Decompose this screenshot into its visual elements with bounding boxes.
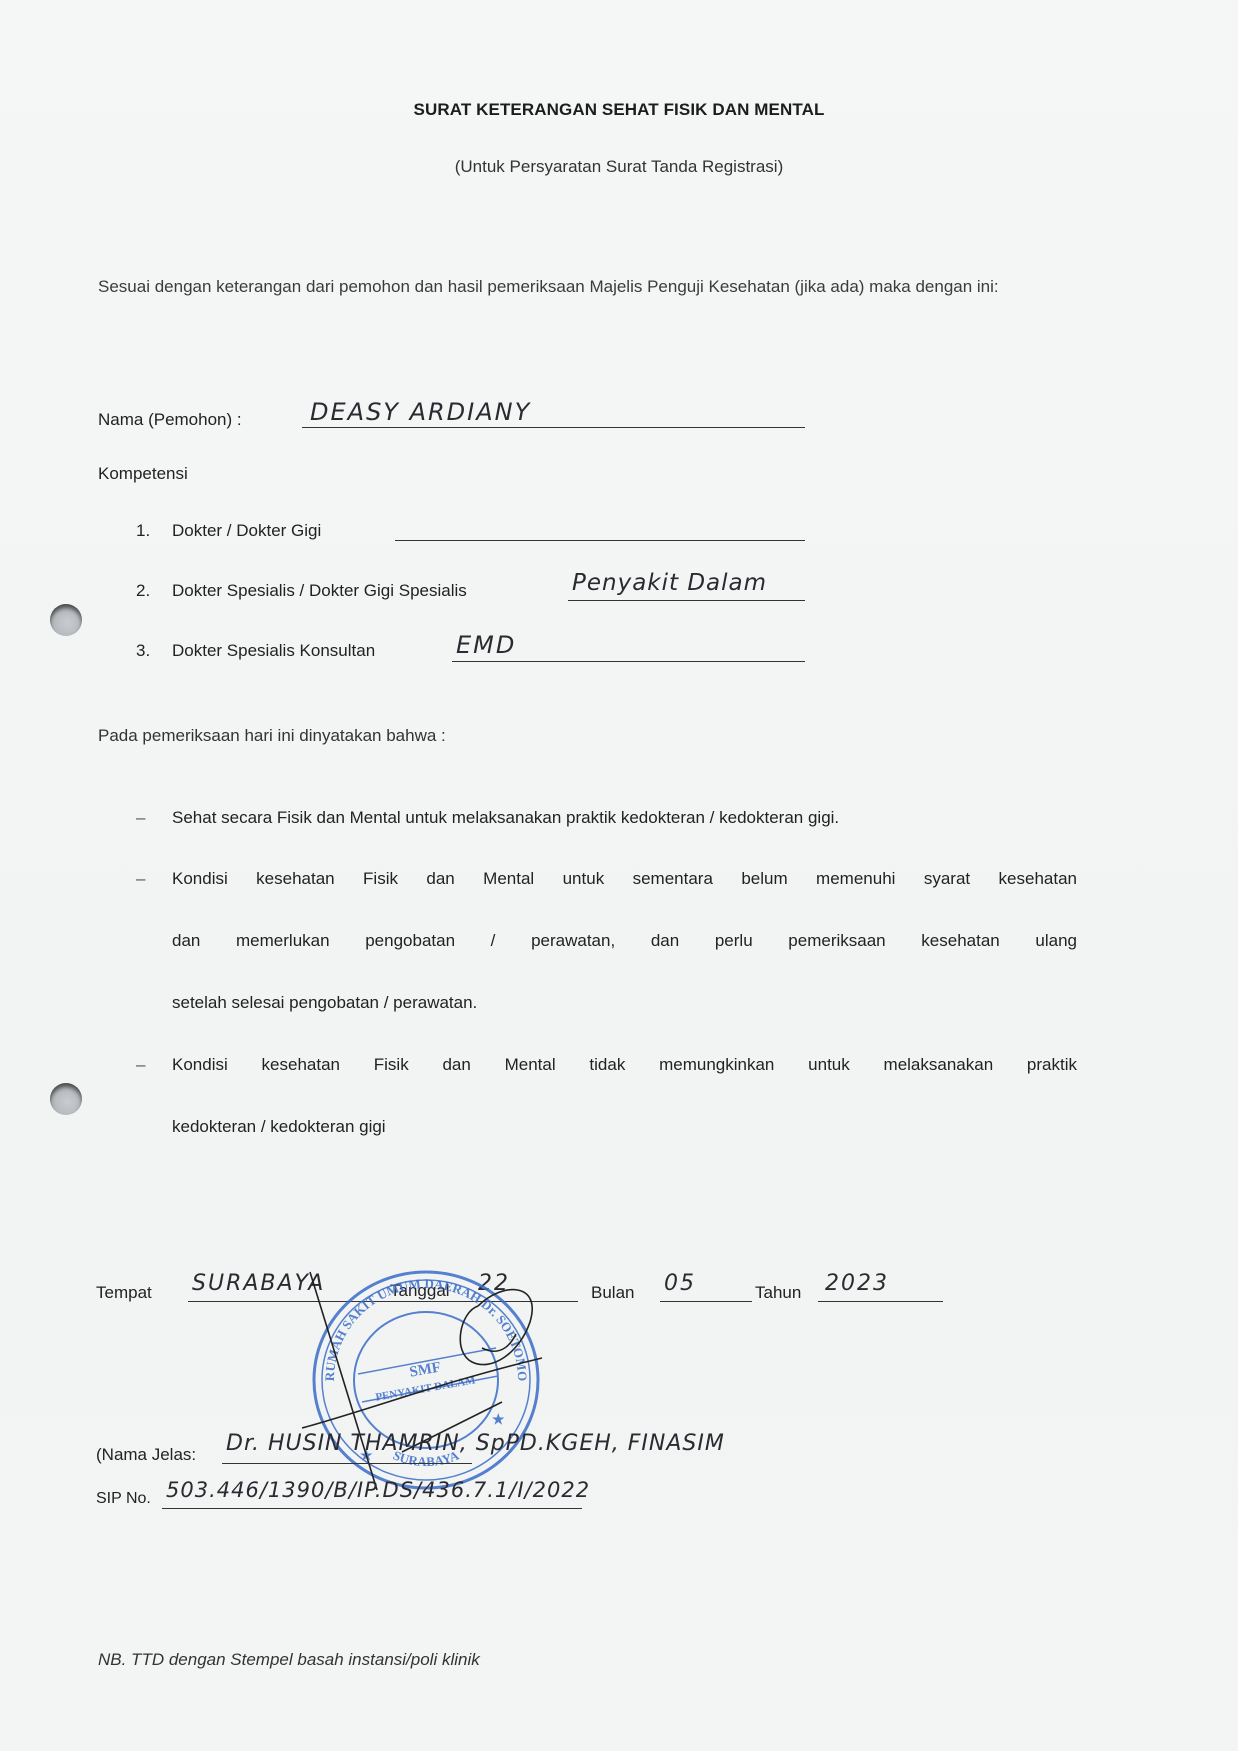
sip-value[interactable]: 503.446/1390/B/IP.DS/436.7.1/I/2022 xyxy=(166,1478,590,1502)
punch-hole xyxy=(50,1083,82,1115)
month-label: Bulan xyxy=(591,1283,634,1303)
statement-dash: – xyxy=(136,1055,145,1075)
month-value[interactable]: 05 xyxy=(664,1271,696,1296)
applicant-name-value[interactable]: DEASY ARDIANY xyxy=(310,398,531,426)
statement-line: Kondisi kesehatan Fisik dan Mental untuk… xyxy=(172,869,1077,889)
competence-item-number: 1. xyxy=(136,521,150,541)
competence-label: Kompetensi xyxy=(98,464,188,484)
signatory-name-label: (Nama Jelas: xyxy=(96,1445,196,1465)
statement-line: Kondisi kesehatan Fisik dan Mental tidak… xyxy=(172,1055,1077,1075)
footnote: NB. TTD dengan Stempel basah instansi/po… xyxy=(98,1650,480,1670)
place-label: Tempat xyxy=(96,1283,152,1303)
applicant-label: Nama (Pemohon) : xyxy=(98,410,242,430)
punch-hole xyxy=(50,604,82,636)
statement-dash: – xyxy=(136,808,145,828)
competence-item-label: Dokter / Dokter Gigi xyxy=(172,521,321,541)
competence-item-number: 3. xyxy=(136,641,150,661)
sip-line xyxy=(162,1508,582,1509)
document-title: SURAT KETERANGAN SEHAT FISIK DAN MENTAL xyxy=(0,100,1238,120)
stamp-center-top: SMF xyxy=(408,1359,442,1380)
competence-item-label: Dokter Spesialis / Dokter Gigi Spesialis xyxy=(172,581,467,601)
sip-label: SIP No. xyxy=(96,1490,151,1508)
competence-item-value[interactable]: EMD xyxy=(456,631,516,659)
competence-item-line xyxy=(452,661,805,662)
statement-intro: Pada pemeriksaan hari ini dinyatakan bah… xyxy=(98,726,446,746)
statement-dash: – xyxy=(136,869,145,889)
intro-paragraph: Sesuai dengan keterangan dari pemohon da… xyxy=(98,268,1088,305)
signatory-name-line xyxy=(222,1463,472,1464)
statement-line: Sehat secara Fisik dan Mental untuk mela… xyxy=(172,808,839,828)
year-line xyxy=(818,1301,943,1302)
document-subtitle: (Untuk Persyaratan Surat Tanda Registras… xyxy=(0,157,1238,177)
statement-line: dan memerlukan pengobatan / perawatan, d… xyxy=(172,931,1077,951)
year-label: Tahun xyxy=(755,1283,801,1303)
competence-item-label: Dokter Spesialis Konsultan xyxy=(172,641,375,661)
stamp-center-bottom: PENYAKIT DALAM xyxy=(375,1374,477,1403)
document-page: SURAT KETERANGAN SEHAT FISIK DAN MENTAL … xyxy=(0,0,1238,1751)
competence-item-value[interactable]: Penyakit Dalam xyxy=(572,570,767,596)
competence-item-line xyxy=(395,540,805,541)
month-line xyxy=(660,1301,752,1302)
signatory-name-value[interactable]: Dr. HUSIN THAMRIN, SpPD.KGEH, FINASIM xyxy=(226,1431,725,1456)
official-stamp: RUMAH SAKIT UMUM DAERAH Dr. SOETOMO SURA… xyxy=(302,1262,550,1492)
applicant-line xyxy=(302,427,805,428)
year-value[interactable]: 2023 xyxy=(825,1271,889,1296)
competence-item-number: 2. xyxy=(136,581,150,601)
competence-item-line xyxy=(568,600,805,601)
statement-line: setelah selesai pengobatan / perawatan. xyxy=(172,993,477,1013)
svg-text:★: ★ xyxy=(492,1412,505,1428)
statement-line: kedokteran / kedokteran gigi xyxy=(172,1117,386,1137)
